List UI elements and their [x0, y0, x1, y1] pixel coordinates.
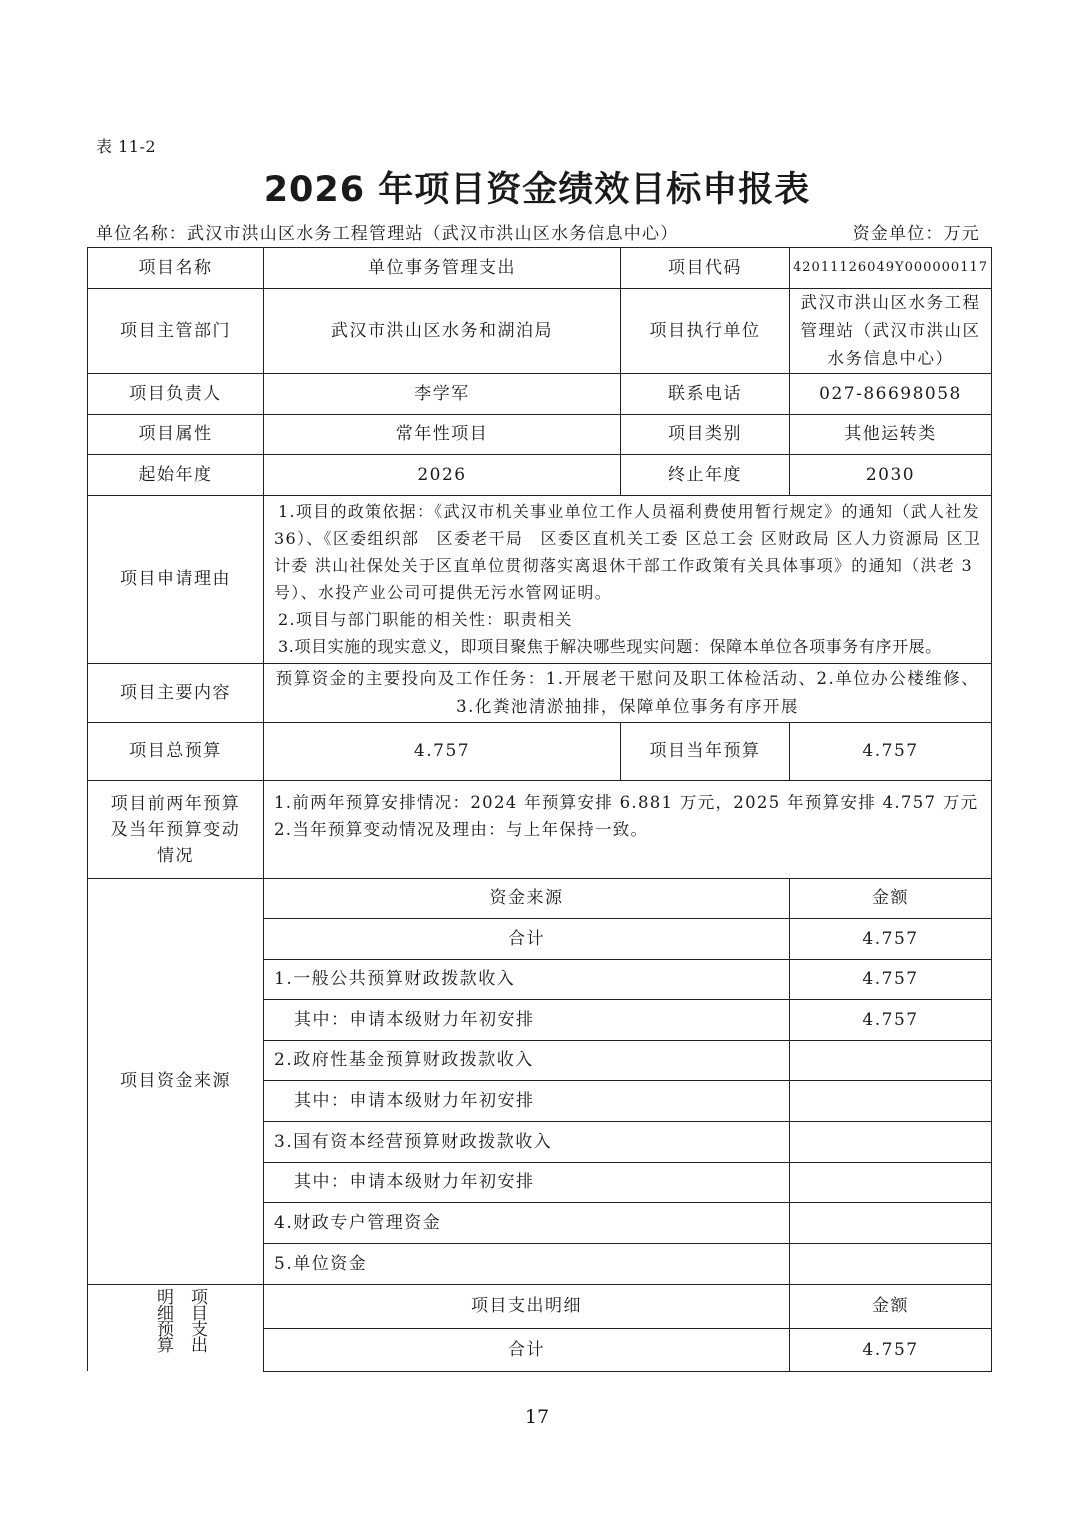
main-content-text: 预算资金的主要投向及工作任务：1.开展老干慰问及职工体检活动、2.单位办公楼维修…	[264, 664, 991, 722]
reason-label: 项目申请理由	[88, 496, 263, 663]
expense-detail-header: 项目支出明细	[264, 1285, 789, 1328]
total-budget-label: 项目总预算	[88, 723, 263, 780]
expense-detail-label: 项目支出 明细预算	[140, 1288, 220, 1370]
fund-row-amount	[790, 1163, 991, 1202]
dept-value: 武汉市洪山区水务和湖泊局	[264, 289, 620, 373]
table-border	[263, 1371, 992, 1372]
fund-row-amount	[790, 1203, 991, 1243]
budget-change-label: 项目前两年预算及当年预算变动情况	[88, 781, 263, 878]
exec-unit-label: 项目执行单位	[621, 289, 789, 373]
expense-detail-label-col2: 明细预算	[153, 1288, 173, 1370]
budget-change-line: 2.当年预算变动情况及理由：与上年保持一致。	[274, 816, 983, 843]
table-border	[991, 247, 992, 1372]
form-table: 项目名称 单位事务管理支出 项目代码 42011126049Y000000117…	[0, 0, 1074, 1520]
dept-label: 项目主管部门	[88, 289, 263, 373]
start-year-label: 起始年度	[88, 455, 263, 495]
start-year-value: 2026	[264, 455, 620, 495]
total-budget-value: 4.757	[264, 723, 620, 780]
fund-row-amount	[790, 1041, 991, 1080]
project-name-value: 单位事务管理支出	[264, 248, 620, 288]
fund-row-amount	[790, 1081, 991, 1121]
leader-label: 项目负责人	[88, 374, 263, 414]
project-code-label: 项目代码	[621, 248, 789, 288]
category-value: 其他运转类	[790, 415, 991, 454]
fund-row-name: 其中：申请本级财力年初安排	[264, 1081, 789, 1121]
reason-line: 2.项目与部门职能的相关性：职责相关	[274, 606, 983, 633]
fund-row-name: 2.政府性基金预算财政拨款收入	[264, 1041, 789, 1080]
fund-row-name: 5.单位资金	[264, 1244, 789, 1284]
reason-line: 1.项目的政策依据：《武汉市机关事业单位工作人员福利费使用暂行规定》的通知（武人…	[274, 498, 983, 606]
attribute-value: 常年性项目	[264, 415, 620, 454]
main-content-label: 项目主要内容	[88, 664, 263, 722]
fund-row-amount: 4.757	[790, 919, 991, 959]
reason-text: 1.项目的政策依据：《武汉市机关事业单位工作人员福利费使用暂行规定》的通知（武人…	[264, 496, 991, 663]
phone-value: 027-86698058	[790, 374, 991, 414]
attribute-label: 项目属性	[88, 415, 263, 454]
end-year-value: 2030	[790, 455, 991, 495]
fund-row-name: 其中：申请本级财力年初安排	[264, 1163, 789, 1202]
fund-row-amount: 4.757	[790, 1000, 991, 1040]
project-code-value: 42011126049Y000000117	[790, 248, 991, 288]
budget-change-line: 1.前两年预算安排情况：2024 年预算安排 6.881 万元，2025 年预算…	[274, 789, 983, 816]
fund-row-name: 1.一般公共预算财政拨款收入	[264, 960, 789, 999]
expense-row-amount: 4.757	[790, 1329, 991, 1371]
fund-row-name: 合计	[264, 919, 789, 959]
page-number: 17	[0, 1406, 1074, 1428]
expense-amount-header: 金额	[790, 1285, 991, 1328]
fund-row-amount	[790, 1244, 991, 1284]
leader-value: 李学军	[264, 374, 620, 414]
fund-row-name: 其中：申请本级财力年初安排	[264, 1000, 789, 1040]
current-budget-label: 项目当年预算	[621, 723, 789, 780]
category-label: 项目类别	[621, 415, 789, 454]
expense-row-name: 合计	[264, 1329, 789, 1371]
fund-source-header: 资金来源	[264, 879, 789, 918]
phone-label: 联系电话	[621, 374, 789, 414]
expense-detail-label-col1: 项目支出	[187, 1288, 207, 1370]
current-budget-value: 4.757	[790, 723, 991, 780]
fund-amount-header: 金额	[790, 879, 991, 918]
project-name-label: 项目名称	[88, 248, 263, 288]
exec-unit-value: 武汉市洪山区水务工程管理站（武汉市洪山区水务信息中心）	[790, 289, 991, 373]
fund-row-name: 3.国有资本经营预算财政拨款收入	[264, 1122, 789, 1162]
reason-line: 3.项目实施的现实意义，即项目聚焦于解决哪些现实问题：保障本单位各项事务有序开展…	[274, 633, 983, 660]
end-year-label: 终止年度	[621, 455, 789, 495]
fund-row-amount: 4.757	[790, 960, 991, 999]
fund-row-name: 4.财政专户管理资金	[264, 1203, 789, 1243]
fund-source-label: 项目资金来源	[88, 879, 263, 1284]
fund-row-amount	[790, 1122, 991, 1162]
budget-change-text: 1.前两年预算安排情况：2024 年预算安排 6.881 万元，2025 年预算…	[264, 781, 991, 878]
